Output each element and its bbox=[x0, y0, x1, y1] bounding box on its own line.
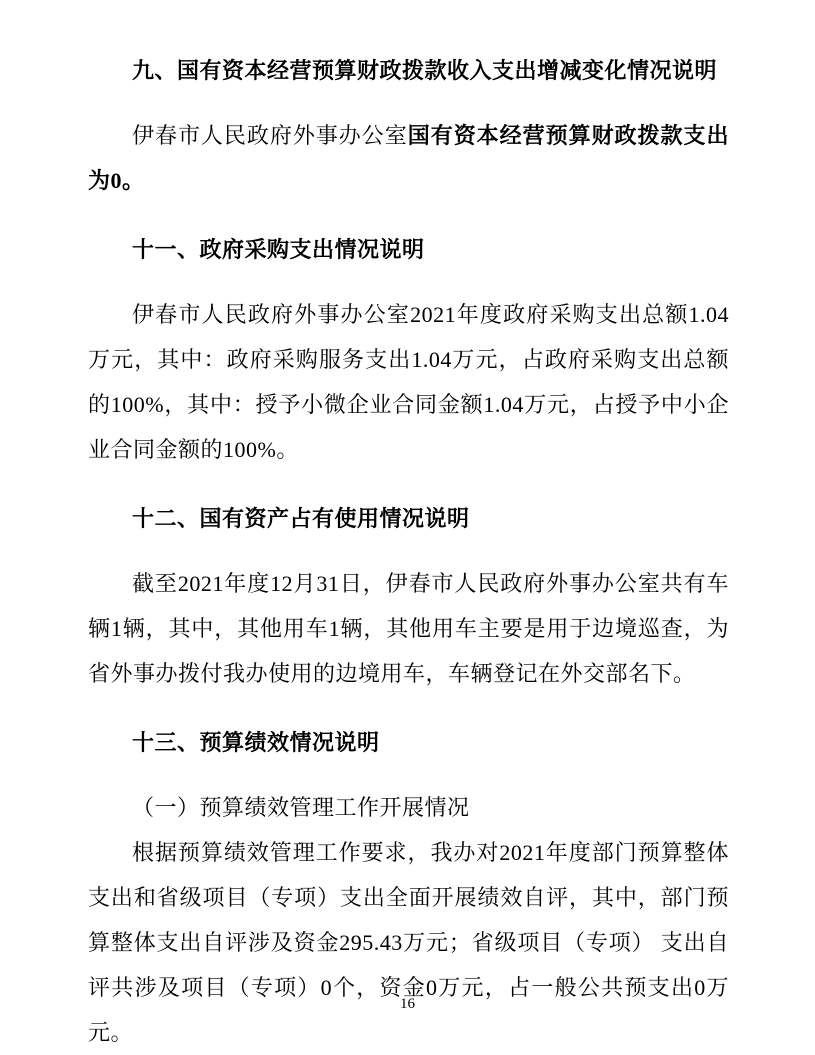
section-state-capital-budget: 九、国有资本经营预算财政拨款收入支出增减变化情况说明 伊春市人民政府外事办公室国… bbox=[88, 56, 729, 203]
section-9-heading: 九、国有资本经营预算财政拨款收入支出增减变化情况说明 bbox=[88, 56, 729, 86]
section-13-subheading: （一）预算绩效管理工作开展情况 bbox=[88, 785, 729, 830]
section-9-paragraph-lead: 伊春市人民政府外事办公室 bbox=[132, 123, 408, 148]
section-12-heading: 十二、国有资产占有使用情况说明 bbox=[88, 504, 729, 534]
section-12-paragraph: 截至2021年度12月31日，伊春市人民政府外事办公室共有车辆1辆，其中，其他用… bbox=[88, 561, 729, 696]
section-11-heading: 十一、政府采购支出情况说明 bbox=[88, 235, 729, 265]
section-state-assets: 十二、国有资产占有使用情况说明 截至2021年度12月31日，伊春市人民政府外事… bbox=[88, 504, 729, 696]
document-content: 九、国有资本经营预算财政拨款收入支出增减变化情况说明 伊春市人民政府外事办公室国… bbox=[88, 56, 729, 1055]
section-13-paragraph: 根据预算绩效管理工作要求，我办对2021年度部门预算整体支出和省级项目（专项）支… bbox=[88, 830, 729, 1055]
section-government-procurement: 十一、政府采购支出情况说明 伊春市人民政府外事办公室2021年度政府采购支出总额… bbox=[88, 235, 729, 472]
page-number: 16 bbox=[0, 996, 815, 1013]
section-11-paragraph: 伊春市人民政府外事办公室2021年度政府采购支出总额1.04万元，其中：政府采购… bbox=[88, 292, 729, 472]
document-page: 九、国有资本经营预算财政拨款收入支出增减变化情况说明 伊春市人民政府外事办公室国… bbox=[0, 0, 815, 1055]
section-13-heading: 十三、预算绩效情况说明 bbox=[88, 728, 729, 758]
section-9-paragraph: 伊春市人民政府外事办公室国有资本经营预算财政拨款支出为0。 bbox=[88, 113, 729, 203]
